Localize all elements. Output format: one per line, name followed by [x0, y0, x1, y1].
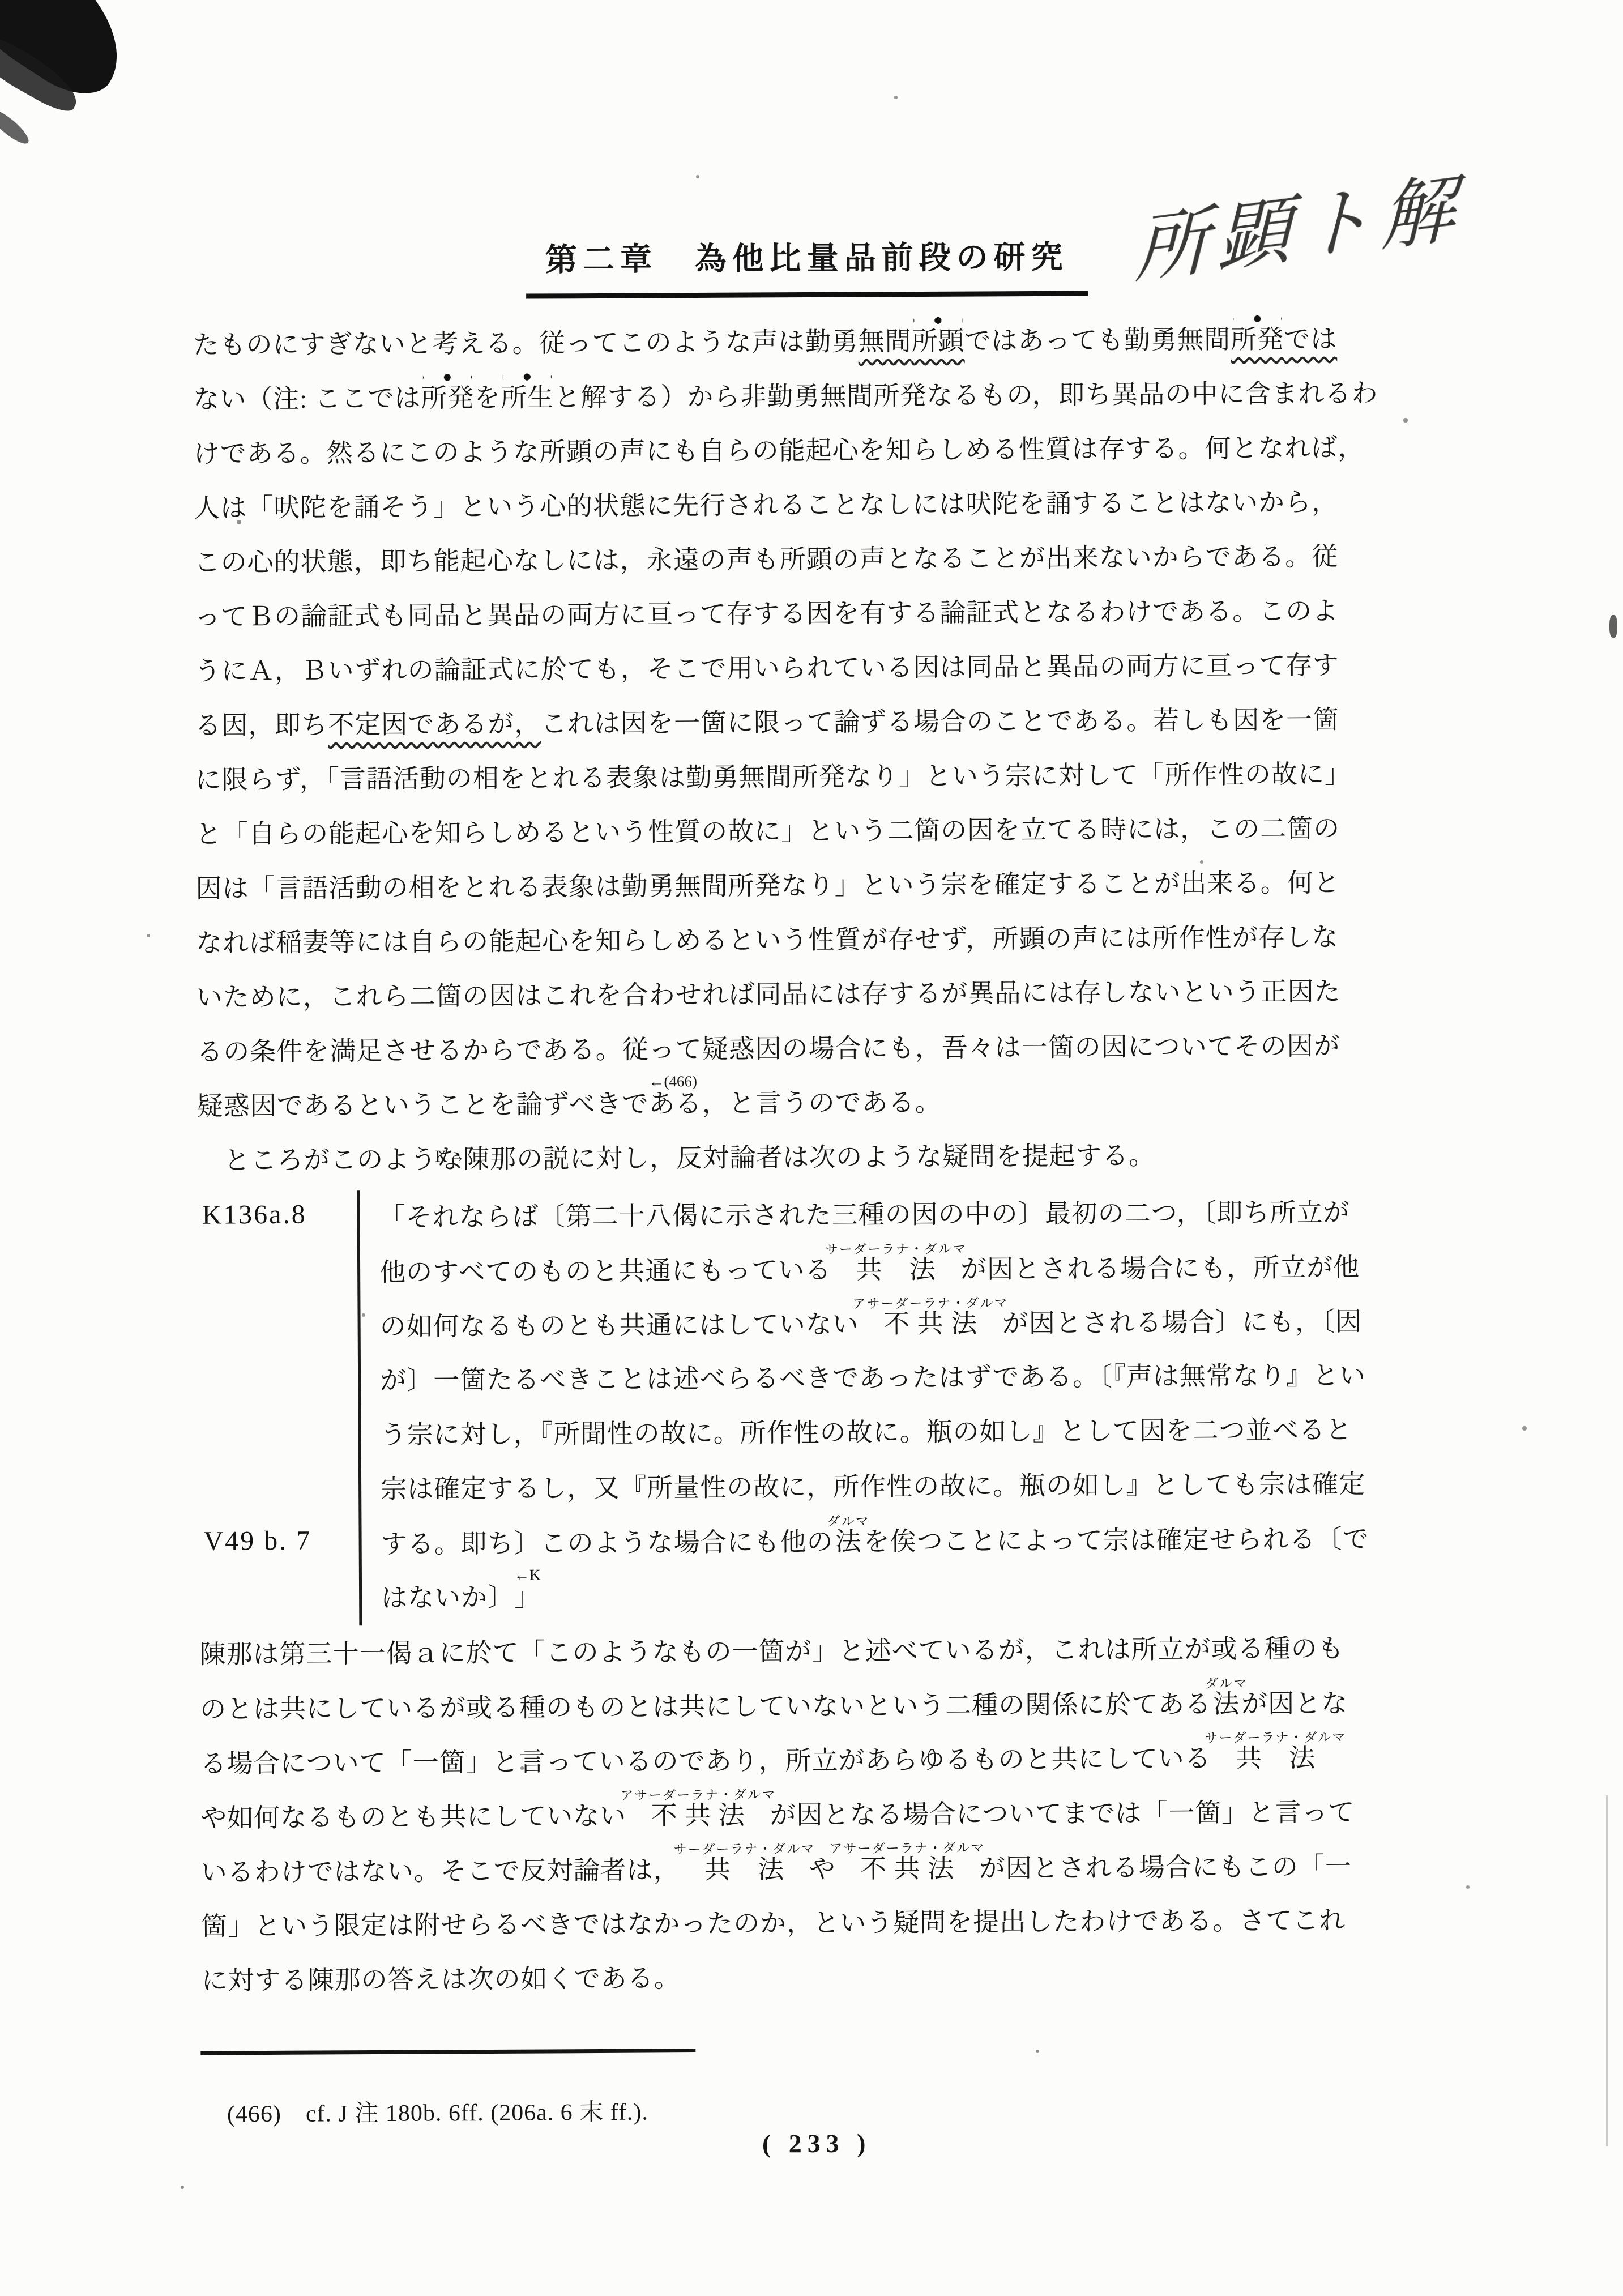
text-line: する。即ち〕このような場合にも他の法ダルマを俟つことによって宗は確定せられる〔で — [381, 1511, 1502, 1571]
text-line: 「それならば〔第二十八偈に示された三種の因の中の〕最初の二つ，〔即ち所立が — [379, 1185, 1500, 1245]
text-line: 他のすべてのものと共通にもっている共 法サーダーラナ・ダルマが因とされる場合にも… — [379, 1239, 1501, 1299]
text-line: けである。然るにこのような所顕の声にも自らの能起心を知らしめる性質は存する。何と… — [193, 420, 1462, 481]
chapter-title: 第二章 為他比量品前段の研究 — [526, 232, 1088, 298]
text-line: る場合について「一箇」と言っているのであり，所立があらゆるものと共にしている共 … — [200, 1730, 1468, 1791]
text-line: う宗に対し，『所聞性の故に。所作性の故に。瓶の如し』として因を二つ並べると — [380, 1402, 1501, 1462]
margin-ref-k136a8: K136a.8 — [202, 1199, 306, 1231]
text-line: たものにすぎないと考える。従ってこのような声は勤勇無間所顕ではあっても勤勇無間所… — [193, 311, 1461, 373]
text-line: いために，これら二箇の因はこれを合わせれば同品には存するが異品には存しないという… — [196, 964, 1464, 1025]
text-line: のとは共にしているが或る種のものとは共にしていないという二種の関係に於てある法ダ… — [200, 1675, 1468, 1736]
text-line: この心的状態，即ち能起心なしには，永遠の声も所顕の声となることが出来ないからであ… — [194, 529, 1462, 590]
text-line: 陳那は第三十一偈ａに於て「このようなもの一箇が」と述べているが，これは所立が或る… — [199, 1621, 1468, 1682]
text-line: 人は「吠陀を誦そう」という心的状態に先行されることなしには吠陀を誦することはない… — [194, 475, 1462, 536]
scan-line-right-edge — [1606, 1795, 1608, 2146]
paragraph-2: 陳那は第三十一偈ａに於て「このようなもの一箇が」と述べているが，これは所立が或る… — [199, 1621, 1470, 2008]
text-line: に対する陳那の答えは次の如くである。 — [201, 1947, 1470, 2008]
text-line: うにＡ，Ｂいずれの論証式に於ても，そこで用いられている因は同品と異品の両方に亘っ… — [194, 638, 1463, 699]
text-line: いるわけではない。そこで反対論者は，共 法サーダーラナ・ダルマや不 共 法アサー… — [200, 1838, 1469, 1900]
paragraph-1: たものにすぎないと考える。従ってこのような声は勤勇無間所顕ではあっても勤勇無間所… — [193, 311, 1466, 1188]
text-line: や如何なるものとも共にしていない不 共 法アサーダーラナ・ダルマが因となる場合に… — [200, 1784, 1469, 1845]
scan-speckles — [0, 0, 2, 2]
footnote-rule — [200, 2049, 695, 2055]
text-line: に限らず，「言語活動の相をとれる表象は勤勇無間所発なり」という宗に対して「所作性… — [195, 746, 1463, 808]
text-line: る因，即ち不定因であるが，これは因を一箇に限って論ずる場合のことである。若しも因… — [195, 692, 1463, 753]
scanned-page: 第二章 為他比量品前段の研究 所顕ト解 たものにすぎないと考える。従ってこのよう… — [0, 0, 1623, 2296]
quote-block: 「それならば〔第二十八偈に示された三種の因の中の〕最初の二つ，〔即ち所立が他のす… — [357, 1185, 1502, 1626]
text-line: と「自らの能起心を知らしめるという性質の故に」という二箇の因を立てる時には，この… — [195, 801, 1464, 862]
footnote: (466) cf. J 注 180b. 6ff. (206a. 6 末 ff.)… — [227, 2093, 648, 2129]
text-line: なれば稲妻等には自らの能起心を知らしめるという性質が存せず，所顕の声には所作性が… — [196, 910, 1464, 971]
page-content: 第二章 為他比量品前段の研究 所顕ト解 たものにすぎないと考える。従ってこのよう… — [0, 0, 1623, 2296]
text-line: が〕一箇たるべきことは述べらるべきであったはずである。〔『声は無常なり』とい — [380, 1348, 1501, 1408]
text-line: るの条件を満足させるからである。従って疑惑因の場合にも，吾々は一箇の因についてそ… — [197, 1018, 1465, 1079]
scan-mark-right-edge — [1609, 615, 1617, 638]
quote-start-k-mark: K→ — [435, 1147, 467, 1166]
margin-ref-v49b7: V49 b. 7 — [203, 1525, 311, 1557]
text-line: 宗は確定するし，又『所量性の故に，所作性の故に。瓶の如し』としても宗は確定 — [381, 1457, 1502, 1517]
text-line: 因は「言語活動の相をとれる表象は勤勇無間所発なり」という宗を確定することが出来る… — [195, 855, 1464, 916]
page-number: ( 233 ) — [5, 2124, 1623, 2162]
text-line: 箇」という限定は附せらるべきではなかったのか，という疑問を提出したわけである。さ… — [201, 1893, 1470, 1954]
text-line: はないか〕←K」 — [381, 1565, 1502, 1625]
text-line: の如何なるものとも共通にはしていない不 共 法アサーダーラナ・ダルマが因とされる… — [379, 1294, 1501, 1354]
text-line: ところがこのような陳那の説に対し，反対論者は次のような疑問を提起する。 — [197, 1127, 1466, 1188]
text-line: ない（注: ここでは所発を所生と解する）から非勤勇無間所発なるもの，即ち異品の中… — [193, 366, 1462, 427]
text-line: 疑惑因であるということを論ずべきで←(466)ある，と言うのである。 — [197, 1073, 1465, 1134]
text-line: ってＢの論証式も同品と異品の両方に亘って存する因を有する論証式となるわけである。… — [194, 583, 1463, 645]
